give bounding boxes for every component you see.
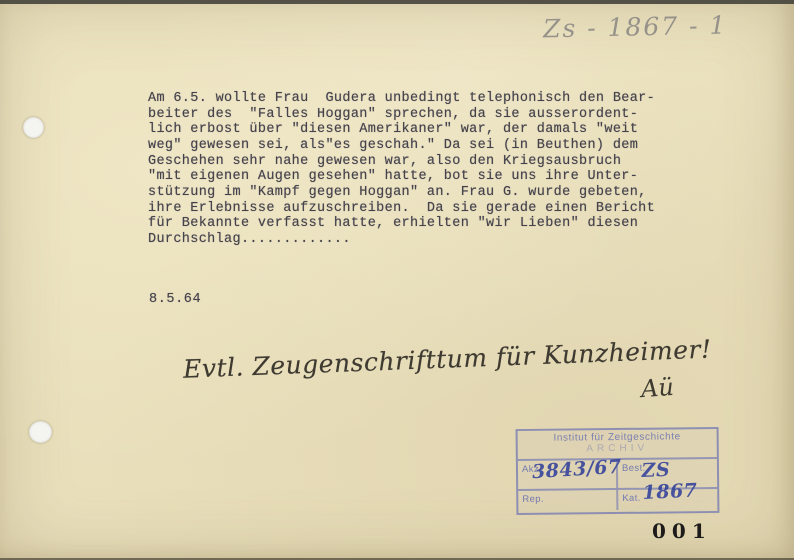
stamp-akz-value: 3843/67 <box>531 456 622 484</box>
stamp-kat-label: Kat. <box>622 493 641 504</box>
typed-line: Am 6.5. wollte Frau Gudera unbedingt tel… <box>148 91 655 107</box>
typed-line: ihre Erlebnisse aufzuschreiben. Da sie g… <box>148 201 655 217</box>
stamp-archiv-label: ARCHIV <box>518 442 717 455</box>
typed-line: lich erbost über "diesen Amerikaner" war… <box>148 122 655 138</box>
typewritten-paragraph: Am 6.5. wollte Frau Gudera unbedingt tel… <box>148 91 655 248</box>
scan-edge-top <box>0 0 794 4</box>
stamp-cell-best: Best. ZS 1867 <box>618 459 717 488</box>
archive-reference-pencil: Zs - 1867 - 1 <box>543 10 774 44</box>
stamp-cell-akz: Akz. 3843/67 <box>518 460 618 489</box>
folio-number-stamp: 001 <box>652 519 712 543</box>
punch-hole-top <box>23 117 44 138</box>
stamp-row-repkat: Rep. Kat. <box>518 489 717 511</box>
stamp-row-accession: Akz. 3843/67 Best. ZS 1867 <box>518 459 717 491</box>
handwritten-initial: Aü <box>640 373 675 403</box>
archive-stamp: Institut für Zeitgeschichte ARCHIV Akz. … <box>516 427 720 515</box>
scanned-document-page: Zs - 1867 - 1 Am 6.5. wollte Frau Gudera… <box>0 0 794 560</box>
typed-line: weg" gewesen sei, als"es geschah." Da se… <box>148 138 655 154</box>
typed-line: stützung im "Kampf gegen Hoggan" an. Fra… <box>148 185 655 201</box>
stamp-cell-kat: Kat. <box>618 489 717 510</box>
typed-date: 8.5.64 <box>149 292 201 307</box>
typed-line: "mit eigenen Augen gesehen" hatte, bot s… <box>148 169 655 185</box>
stamp-cell-rep: Rep. <box>518 490 618 511</box>
typed-line: für Bekannte verfasst hatte, erhielten "… <box>148 216 655 232</box>
typed-line: Geschehen sehr nahe gewesen war, also de… <box>148 154 655 170</box>
punch-hole-bottom <box>29 421 52 443</box>
stamp-rep-label: Rep. <box>522 494 544 505</box>
typed-line: beiter des "Falles Hoggan" sprechen, da … <box>148 107 655 123</box>
typed-line: Durchschlag............. <box>148 232 655 248</box>
